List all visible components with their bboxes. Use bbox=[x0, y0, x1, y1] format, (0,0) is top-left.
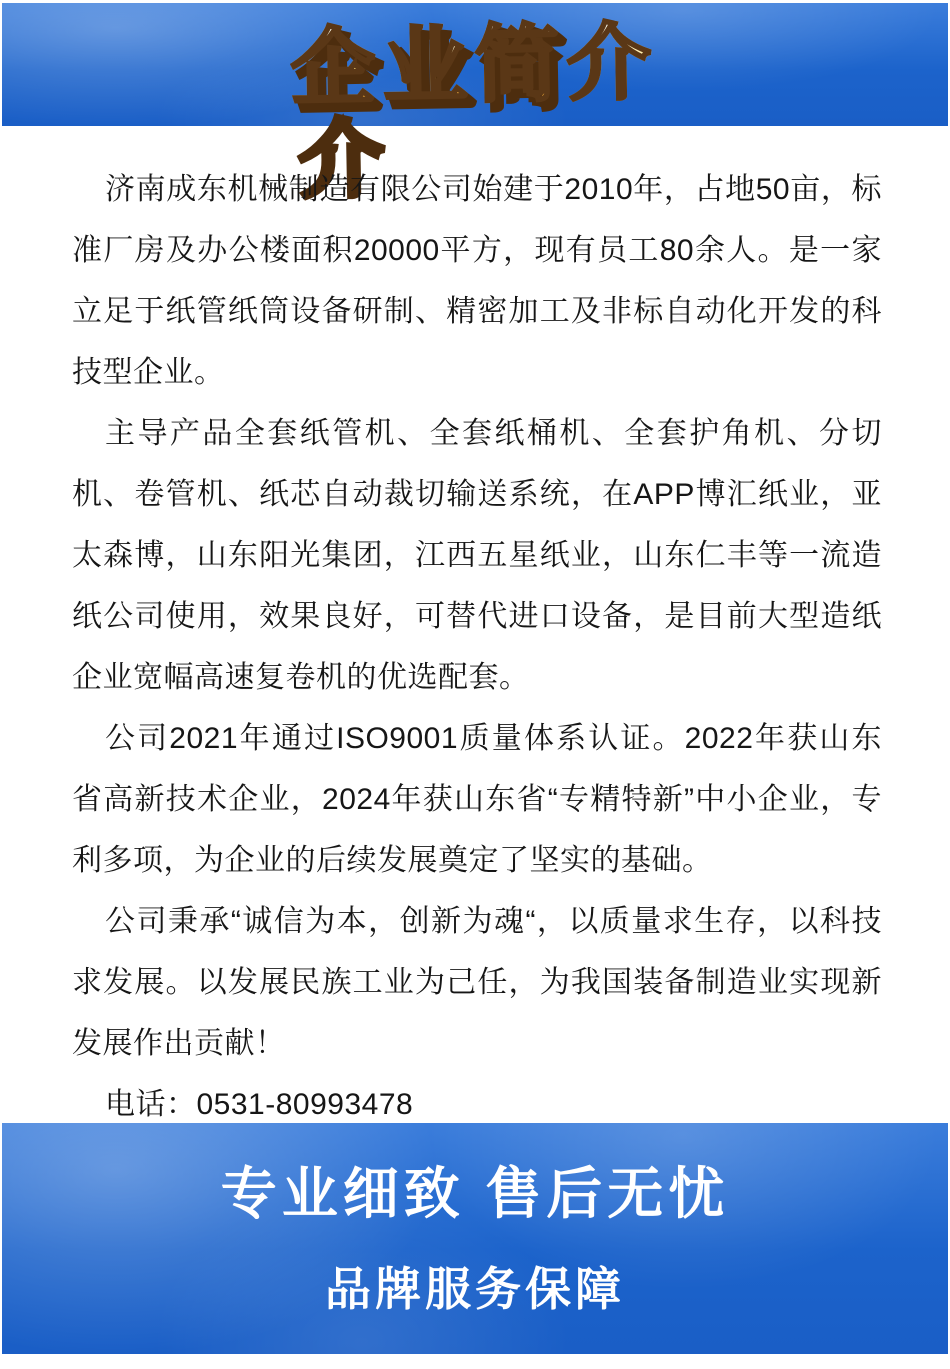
company-profile-page: 企业简介 济南成东机械制造有限公司始建于2010年，占地50亩，标准厂房及办公楼… bbox=[0, 0, 950, 1369]
footer-slogan-primary: 专业细致 售后无忧 bbox=[221, 1166, 730, 1222]
paragraph-certifications: 公司2021年通过ISO9001质量体系认证。2022年获山东省高新技术企业，2… bbox=[72, 708, 882, 891]
paragraph-mission: 公司秉承“诚信为本，创新为魂“，以质量求生存，以科技求发展。以发展民族工业为己任… bbox=[72, 891, 882, 1074]
header-banner: 企业简介 bbox=[2, 3, 948, 126]
footer-banner: 专业细致 售后无忧 品牌服务保障 bbox=[2, 1123, 948, 1354]
profile-text: 济南成东机械制造有限公司始建于2010年，占地50亩，标准厂房及办公楼面积200… bbox=[72, 159, 882, 1257]
footer-slogan-secondary: 品牌服务保障 bbox=[325, 1266, 625, 1312]
paragraph-company-overview: 济南成东机械制造有限公司始建于2010年，占地50亩，标准厂房及办公楼面积200… bbox=[72, 159, 882, 403]
page-title: 企业简介 bbox=[290, 19, 659, 109]
paragraph-products-clients: 主导产品全套纸管机、全套纸桶机、全套护角机、分切机、卷管机、纸芯自动裁切输送系统… bbox=[72, 403, 882, 708]
